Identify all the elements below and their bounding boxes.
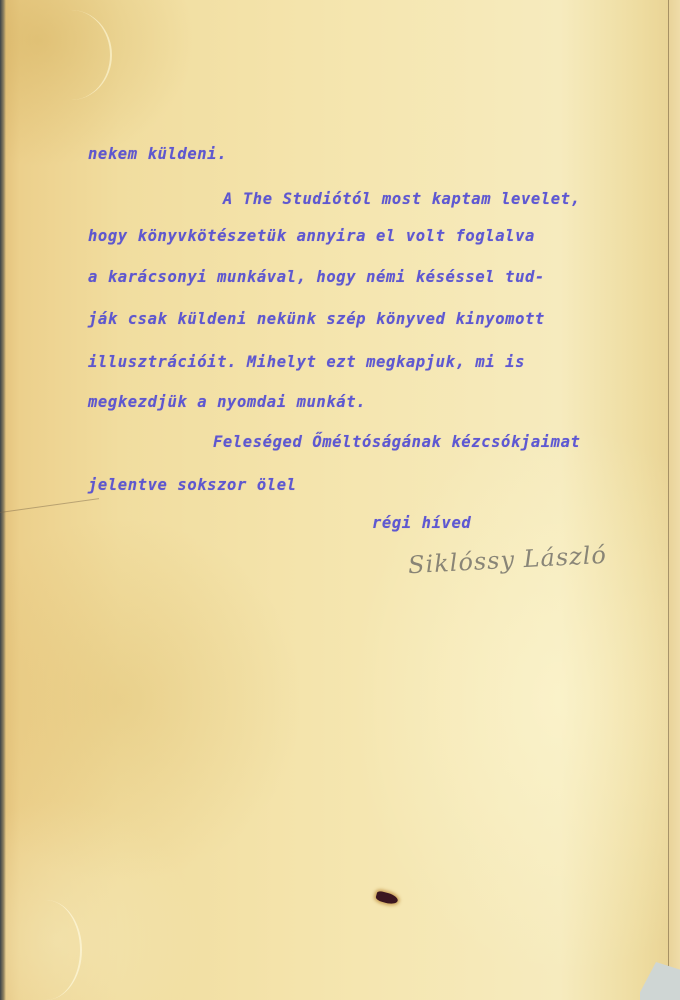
letter-line: Feleséged Őméltóságának kézcsókjaimat (213, 433, 580, 451)
paper-wrinkle (30, 10, 112, 100)
paper-crease (0, 498, 99, 513)
torn-corner (640, 962, 680, 1000)
ink-stain (375, 890, 399, 905)
paper-right-strip (669, 0, 680, 1000)
letter-line: hogy könyvkötészetük annyira el volt fog… (88, 227, 535, 245)
paper-wrinkle (10, 900, 82, 1000)
scan-left-edge (0, 0, 6, 1000)
letter-line: ják csak küldeni nekünk szép könyved kin… (88, 310, 545, 328)
letter-line: illusztrációit. Mihelyt ezt megkapjuk, m… (88, 353, 525, 371)
closing-line: régi híved (372, 514, 471, 532)
letter-line: jelentve sokszor ölel (88, 476, 297, 494)
letter-line: megkezdjük a nyomdai munkát. (88, 393, 366, 411)
handwritten-signature: Siklóssy László (407, 541, 607, 579)
letter-line: A The Studiótól most kaptam levelet, (223, 190, 581, 208)
paper-fold-line (668, 0, 669, 1000)
letter-line: a karácsonyi munkával, hogy némi késésse… (88, 268, 545, 286)
letter-line: nekem küldeni. (88, 145, 227, 163)
letter-page: nekem küldeni. A The Studiótól most kapt… (0, 0, 680, 1000)
